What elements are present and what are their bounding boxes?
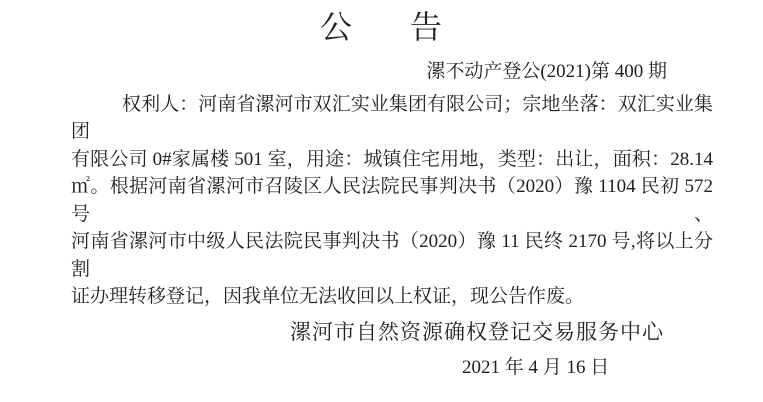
body-line-5: 证办理转移登记，因我单位无法收回以上权证，现公告作废。 — [71, 283, 713, 311]
body-line-4: 河南省漯河市中级人民法院民事判决书（2020）豫 11 民终 2170 号,将以… — [71, 228, 713, 283]
notice-date: 2021 年 4 月 16 日 — [462, 356, 763, 380]
notice-body: 权利人：河南省漯河市双汇实业集团有限公司；宗地坐落：双汇实业集团 有限公司 0#… — [71, 91, 713, 311]
notice-issue-number: 漯不动产登公(2021)第 400 期 — [0, 60, 763, 84]
public-notice-document: 公 告 漯不动产登公(2021)第 400 期 权利人：河南省漯河市双汇实业集团… — [0, 0, 763, 402]
body-line-2: 有限公司 0#家属楼 501 室，用途：城镇住宅用地，类型：出让，面积：28.1… — [71, 146, 713, 174]
body-line-3: ㎡。根据河南省漯河市召陵区人民法院民事判决书（2020）豫 1104 民初 57… — [71, 173, 713, 228]
notice-title: 公 告 — [0, 10, 763, 45]
body-line-1: 权利人：河南省漯河市双汇实业集团有限公司；宗地坐落：双汇实业集团 — [71, 91, 713, 146]
issuer-signature: 漯河市自然资源确权登记交易服务中心 — [290, 317, 763, 347]
